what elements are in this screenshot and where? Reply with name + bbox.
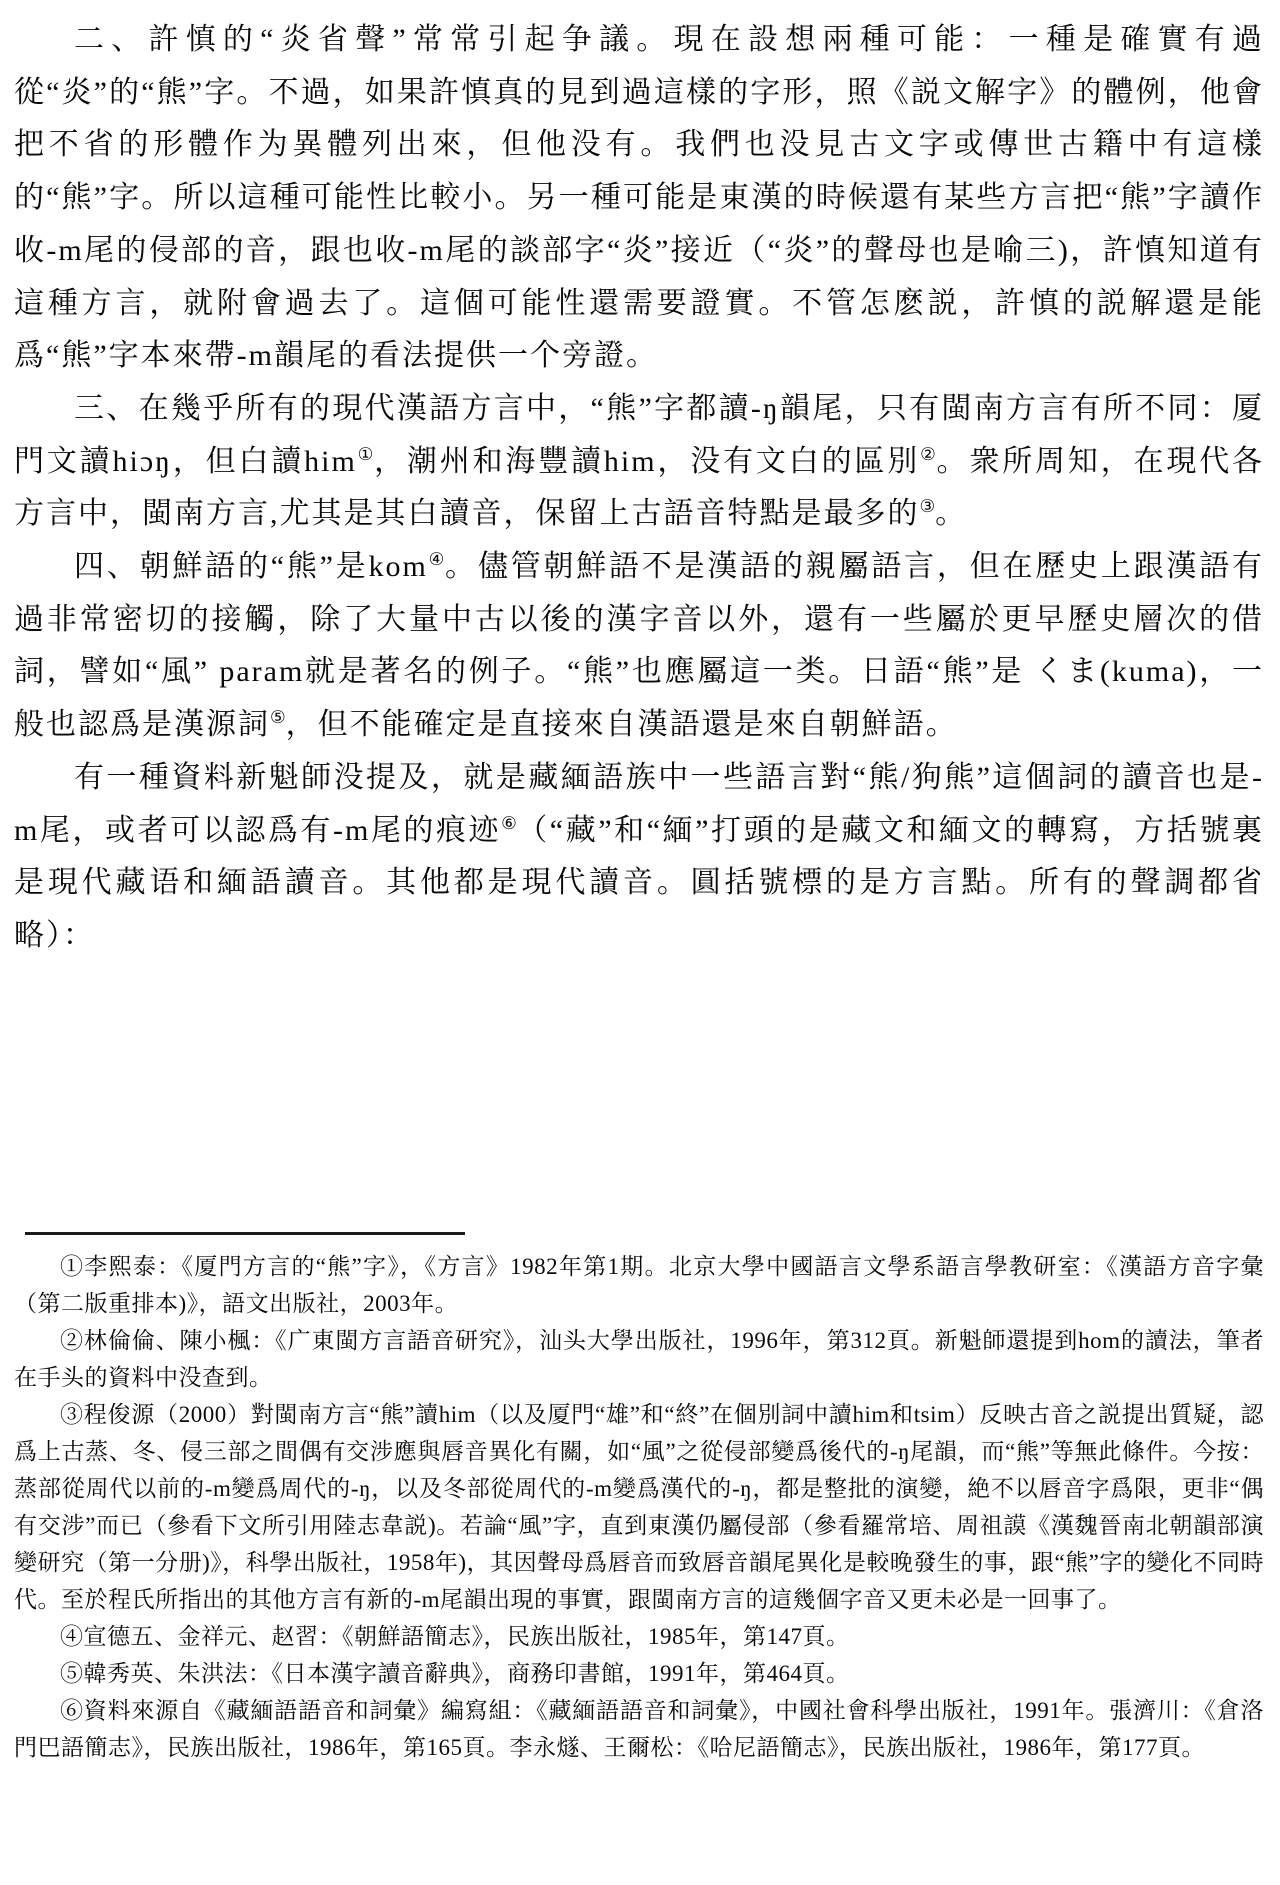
- body-paragraph-3: 三、在幾乎所有的現代漢語方言中，“熊”字都讀-ŋ韻尾，只有閩南方言有所不同：厦門…: [14, 383, 1264, 541]
- footnote-ref-marker: ⑥: [501, 813, 517, 833]
- body-paragraph-4: 四、朝鮮語的“熊”是kom④。儘管朝鮮語不是漢語的親屬語言，但在歷史上跟漢語有過…: [14, 541, 1264, 752]
- footnote-6: ⑥資料來源自《藏緬語語音和詞彙》編寫組：《藏緬語語音和詞彙》，中國社會科學出版社…: [14, 1692, 1264, 1766]
- footnotes-section: ①李熙泰：《厦門方言的“熊”字》，《方言》1982年第1期。北京大學中國語言文學…: [14, 1232, 1264, 1766]
- footnote-4: ④宣德五、金祥元、赵習：《朝鮮語簡志》，民族出版社，1985年，第147頁。: [14, 1618, 1264, 1655]
- footnote-divider: [25, 1232, 465, 1235]
- body-text: 二、許慎的“炎省聲”常常引起争議。現在設想兩種可能：一種是確實有過從“炎”的“熊…: [14, 14, 1264, 963]
- footnote-2: ②林倫倫、陳小楓：《广東閩方言語音研究》，汕头大學出版社，1996年，第312頁…: [14, 1322, 1264, 1396]
- footnote-3: ③程俊源（2000）對閩南方言“熊”讀him（以及厦門“雄”和“終”在個別詞中讀…: [14, 1396, 1264, 1618]
- document-page: 二、許慎的“炎省聲”常常引起争議。現在設想兩種可能：一種是確實有過從“炎”的“熊…: [0, 0, 1280, 1885]
- footnote-ref-marker: ③: [920, 496, 936, 516]
- footnote-ref-marker: ④: [428, 549, 445, 569]
- footnote-ref-marker: ⑤: [270, 707, 286, 727]
- body-paragraph-2: 二、許慎的“炎省聲”常常引起争議。現在設想兩種可能：一種是確實有過從“炎”的“熊…: [14, 14, 1264, 383]
- footnote-ref-marker: ②: [920, 444, 936, 464]
- footnote-5: ⑤韓秀英、朱洪法：《日本漢字讀音辭典》，商務印書館，1991年，第464頁。: [14, 1655, 1264, 1692]
- footnote-ref-marker: ①: [357, 444, 374, 464]
- footnote-1: ①李熙泰：《厦門方言的“熊”字》，《方言》1982年第1期。北京大學中國語言文學…: [14, 1248, 1264, 1322]
- body-paragraph-5: 有一種資料新魁師没提及，就是藏緬語族中一些語言對“熊/狗熊”這個詞的讀音也是-m…: [14, 752, 1264, 963]
